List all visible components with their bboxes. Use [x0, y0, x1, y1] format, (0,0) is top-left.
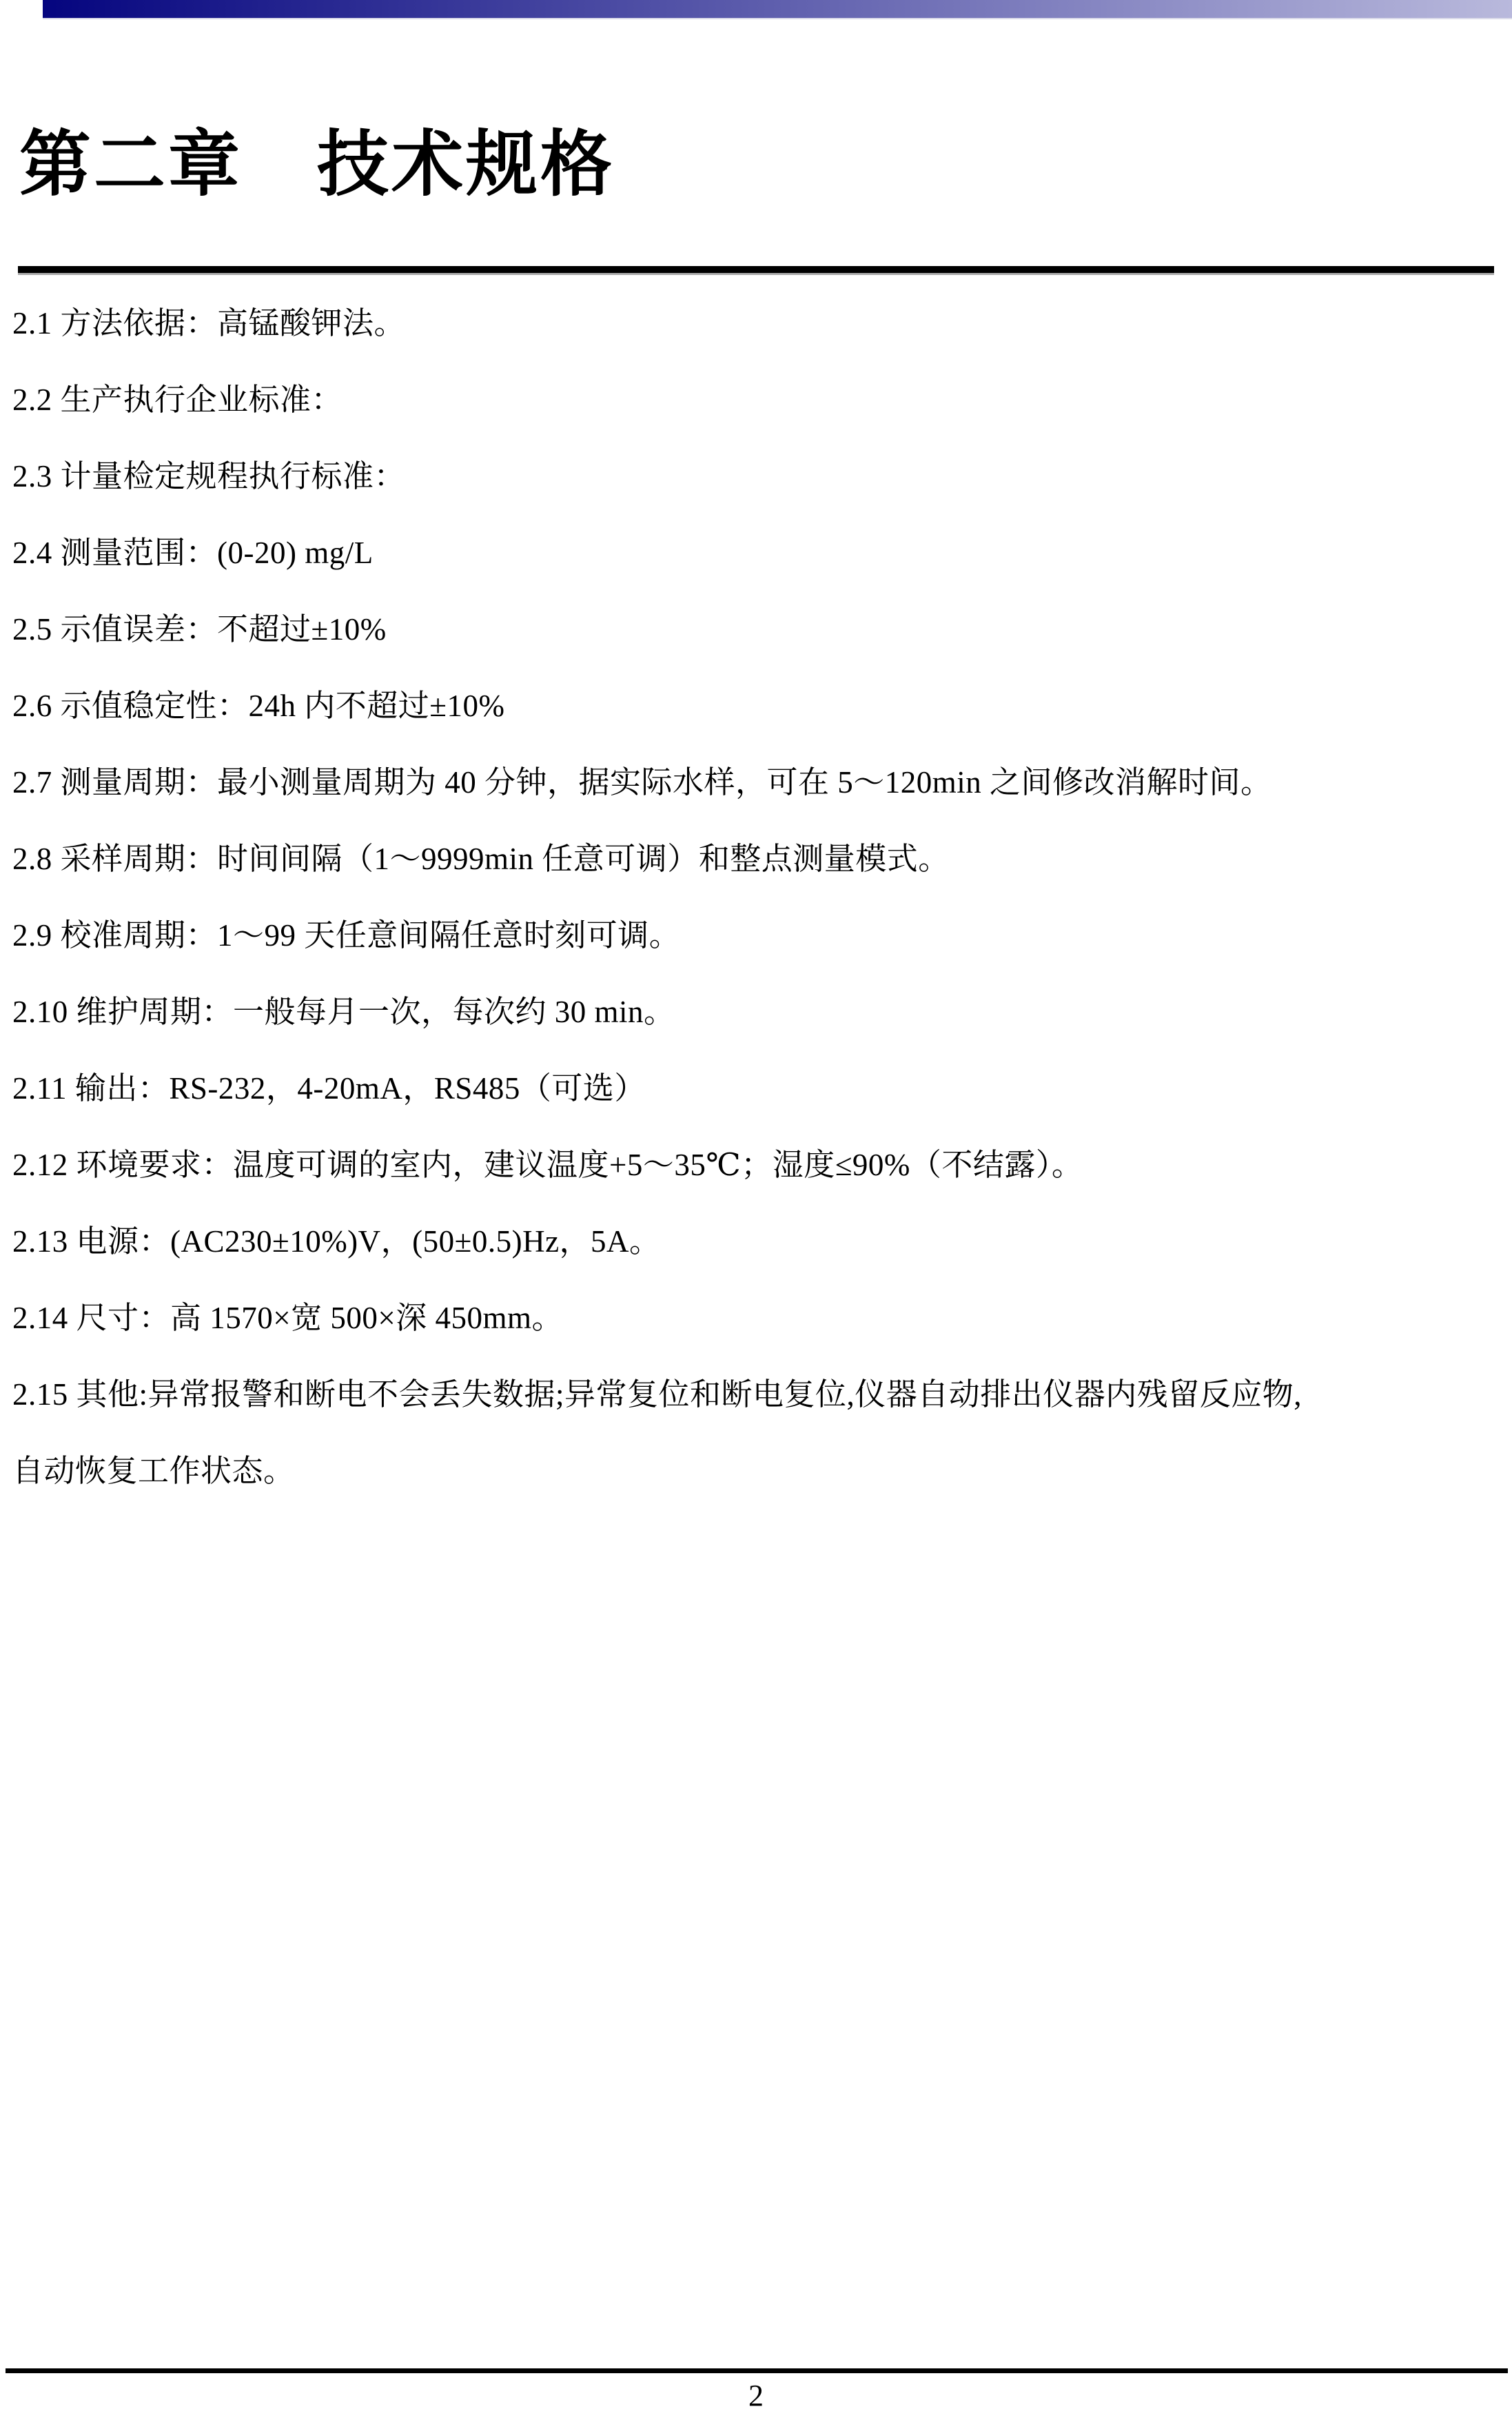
- spec-line: 2.3 计量检定规程执行标准：: [12, 438, 1502, 515]
- spec-line: 2.10 维护周期：一般每月一次，每次约 30 min。: [12, 974, 1502, 1050]
- spec-list: 2.1 方法依据：高锰酸钾法。2.2 生产执行企业标准：2.3 计量检定规程执行…: [12, 285, 1502, 1510]
- spec-line: 2.5 示值误差：不超过±10%: [12, 591, 1502, 668]
- title-divider: [18, 266, 1494, 275]
- spec-line: 2.8 采样周期：时间间隔（1～9999min 任意可调）和整点测量模式。: [12, 821, 1502, 897]
- spec-line: 2.13 电源：(AC230±10%)V，(50±0.5)Hz，5A。: [12, 1203, 1502, 1280]
- spec-line: 2.11 输出：RS-232，4-20mA，RS485（可选）: [12, 1050, 1502, 1127]
- chapter-title: 第二章 技术规格: [19, 124, 615, 207]
- spec-line: 2.14 尺寸：高 1570×宽 500×深 450mm。: [12, 1280, 1502, 1357]
- spec-line: 2.15 其他:异常报警和断电不会丢失数据;异常复位和断电复位,仪器自动排出仪器…: [12, 1357, 1502, 1433]
- page-number: 2: [0, 2375, 1512, 2417]
- spec-line: 自动恢复工作状态。: [12, 1433, 1502, 1510]
- spec-line: 2.1 方法依据：高锰酸钾法。: [12, 285, 1502, 362]
- spec-line: 2.2 生产执行企业标准：: [12, 362, 1502, 438]
- spec-line: 2.7 测量周期：最小测量周期为 40 分钟，据实际水样，可在 5～120min…: [12, 744, 1502, 821]
- spec-line: 2.6 示值稳定性：24h 内不超过±10%: [12, 668, 1502, 744]
- spec-line: 2.12 环境要求：温度可调的室内，建议温度+5～35℃；湿度≤90%（不结露）…: [12, 1127, 1502, 1203]
- document-page: 第二章 技术规格 2.1 方法依据：高锰酸钾法。2.2 生产执行企业标准：2.3…: [0, 0, 1512, 2418]
- spec-line: 2.9 校准周期：1～99 天任意间隔任意时刻可调。: [12, 897, 1502, 974]
- footer-divider: [6, 2368, 1508, 2373]
- spec-line: 2.4 测量范围：(0-20) mg/L: [12, 515, 1502, 591]
- header-gradient-bar: [43, 0, 1512, 19]
